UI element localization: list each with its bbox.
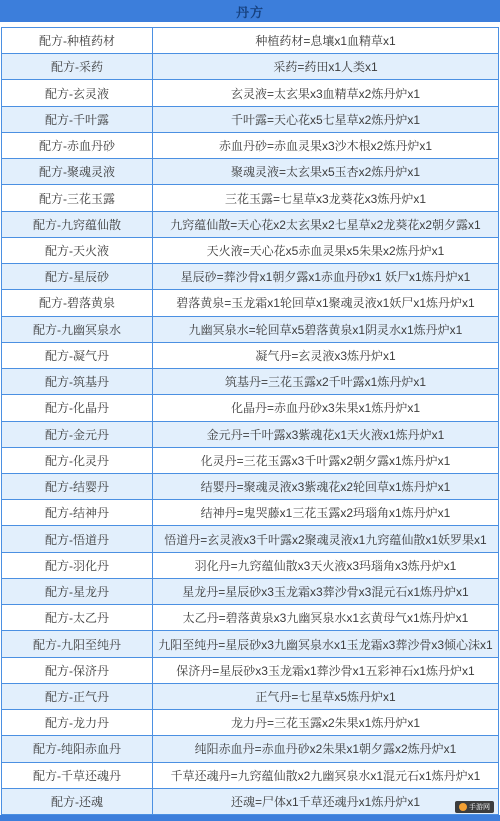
table-row: 配方-化灵丹化灵丹=三花玉露x3千叶露x2朝夕露x1炼丹炉x1: [2, 448, 498, 474]
table-row: 配方-结神丹结神丹=鬼哭藤x1三花玉露x2玛瑙角x1炼丹炉x1: [2, 500, 498, 526]
table-row: 配方-采药采药=药田x1人类x1: [2, 54, 498, 80]
recipe-name-cell: 配方-结婴丹: [2, 474, 153, 499]
recipe-name-cell: 配方-化灵丹: [2, 448, 153, 473]
formula-cell: 种植药材=息壤x1血精草x1: [153, 28, 498, 53]
table-row: 配方-碧落黄泉碧落黄泉=玉龙霜x1轮回草x1聚魂灵液x1妖尸x1炼丹炉x1: [2, 290, 498, 316]
formula-cell: 羽化丹=九窍蕴仙散x3天火液x3玛瑙角x3炼丹炉x1: [153, 553, 498, 578]
formula-cell: 采药=药田x1人类x1: [153, 54, 498, 79]
formula-cell: 纯阳赤血丹=赤血丹砂x2朱果x1朝夕露x2炼丹炉x1: [153, 736, 498, 761]
formula-cell: 三花玉露=七星草x3龙葵花x3炼丹炉x1: [153, 185, 498, 210]
recipe-name-cell: 配方-采药: [2, 54, 153, 79]
table-row: 配方-结婴丹结婴丹=聚魂灵液x3紫魂花x2轮回草x1炼丹炉x1: [2, 474, 498, 500]
formula-cell: 还魂=尸体x1千草还魂丹x1炼丹炉x1: [153, 789, 498, 814]
recipe-name-cell: 配方-赤血丹砂: [2, 133, 153, 158]
watermark-text: 手游网: [469, 804, 490, 811]
recipe-name-cell: 配方-九阳至纯丹: [2, 631, 153, 656]
table-row: 配方-天火液天火液=天心花x5赤血灵果x5朱果x2炼丹炉x1: [2, 238, 498, 264]
formula-cell: 筑基丹=三花玉露x2千叶露x1炼丹炉x1: [153, 369, 498, 394]
table-row: 配方-聚魂灵液聚魂灵液=太玄果x5玉杏x2炼丹炉x1: [2, 159, 498, 185]
formula-cell: 聚魂灵液=太玄果x5玉杏x2炼丹炉x1: [153, 159, 498, 184]
recipe-name-cell: 配方-星龙丹: [2, 579, 153, 604]
table-row: 配方-种植药材种植药材=息壤x1血精草x1: [2, 28, 498, 54]
recipe-name-cell: 配方-太乙丹: [2, 605, 153, 630]
table-row: 配方-化晶丹化晶丹=赤血丹砂x3朱果x1炼丹炉x1: [2, 395, 498, 421]
recipe-name-cell: 配方-天火液: [2, 238, 153, 263]
recipe-name-cell: 配方-千叶露: [2, 107, 153, 132]
recipe-name-cell: 配方-凝气丹: [2, 343, 153, 368]
watermark-logo-icon: [459, 803, 467, 811]
table-row: 配方-九幽冥泉水九幽冥泉水=轮回草x5碧落黄泉x1阴灵水x1炼丹炉x1: [2, 317, 498, 343]
table-row: 配方-龙力丹龙力丹=三花玉露x2朱果x1炼丹炉x1: [2, 710, 498, 736]
recipe-name-cell: 配方-碧落黄泉: [2, 290, 153, 315]
formula-cell: 正气丹=七星草x5炼丹炉x1: [153, 684, 498, 709]
formula-cell: 星龙丹=星辰砂x3玉龙霜x3葬沙骨x3混元石x1炼丹炉x1: [153, 579, 498, 604]
formula-cell: 九阳至纯丹=星辰砂x3九幽冥泉水x1玉龙霜x3葬沙骨x3倾心沫x1: [153, 631, 498, 656]
formula-cell: 碧落黄泉=玉龙霜x1轮回草x1聚魂灵液x1妖尸x1炼丹炉x1: [153, 290, 498, 315]
recipe-name-cell: 配方-龙力丹: [2, 710, 153, 735]
recipe-name-cell: 配方-种植药材: [2, 28, 153, 53]
formula-cell: 赤血丹砂=赤血灵果x3沙木根x2炼丹炉x1: [153, 133, 498, 158]
table-row: 配方-羽化丹羽化丹=九窍蕴仙散x3天火液x3玛瑙角x3炼丹炉x1: [2, 553, 498, 579]
recipe-name-cell: 配方-正气丹: [2, 684, 153, 709]
formula-cell: 金元丹=千叶露x3紫魂花x1天火液x1炼丹炉x1: [153, 422, 498, 447]
recipe-name-cell: 配方-聚魂灵液: [2, 159, 153, 184]
recipe-name-cell: 配方-羽化丹: [2, 553, 153, 578]
table-row: 配方-千草还魂丹千草还魂丹=九窍蕴仙散x2九幽冥泉水x1混元石x1炼丹炉x1: [2, 763, 498, 789]
formula-cell: 凝气丹=玄灵液x3炼丹炉x1: [153, 343, 498, 368]
formula-cell: 结婴丹=聚魂灵液x3紫魂花x2轮回草x1炼丹炉x1: [153, 474, 498, 499]
table-row: 配方-凝气丹凝气丹=玄灵液x3炼丹炉x1: [2, 343, 498, 369]
table-row: 配方-还魂还魂=尸体x1千草还魂丹x1炼丹炉x1: [2, 789, 498, 814]
table-row: 配方-千叶露千叶露=天心花x5七星草x2炼丹炉x1: [2, 107, 498, 133]
recipe-name-cell: 配方-九窍蕴仙散: [2, 212, 153, 237]
formula-cell: 玄灵液=太玄果x3血精草x2炼丹炉x1: [153, 80, 498, 105]
recipe-name-cell: 配方-星辰砂: [2, 264, 153, 289]
table-row: 配方-赤血丹砂赤血丹砂=赤血灵果x3沙木根x2炼丹炉x1: [2, 133, 498, 159]
recipe-name-cell: 配方-纯阳赤血丹: [2, 736, 153, 761]
formula-cell: 九窍蕴仙散=天心花x2太玄果x2七星草x2龙葵花x2朝夕露x1: [153, 212, 498, 237]
recipe-name-cell: 配方-还魂: [2, 789, 153, 814]
bottom-divider: [0, 815, 500, 821]
formula-cell: 九幽冥泉水=轮回草x5碧落黄泉x1阴灵水x1炼丹炉x1: [153, 317, 498, 342]
watermark-badge: 手游网: [455, 801, 494, 813]
table-row: 配方-九窍蕴仙散九窍蕴仙散=天心花x2太玄果x2七星草x2龙葵花x2朝夕露x1: [2, 212, 498, 238]
table-row: 配方-纯阳赤血丹纯阳赤血丹=赤血丹砂x2朱果x1朝夕露x2炼丹炉x1: [2, 736, 498, 762]
formula-cell: 天火液=天心花x5赤血灵果x5朱果x2炼丹炉x1: [153, 238, 498, 263]
table-row: 配方-星辰砂星辰砂=葬沙骨x1朝夕露x1赤血丹砂x1 妖尸x1炼丹炉x1: [2, 264, 498, 290]
table-row: 配方-太乙丹太乙丹=碧落黄泉x3九幽冥泉水x1玄黄母气x1炼丹炉x1: [2, 605, 498, 631]
table-row: 配方-玄灵液玄灵液=太玄果x3血精草x2炼丹炉x1: [2, 80, 498, 106]
table-row: 配方-九阳至纯丹九阳至纯丹=星辰砂x3九幽冥泉水x1玉龙霜x3葬沙骨x3倾心沫x…: [2, 631, 498, 657]
table-row: 配方-悟道丹悟道丹=玄灵液x3千叶露x2聚魂灵液x1九窍蕴仙散x1妖罗果x1: [2, 526, 498, 552]
recipe-table: 配方-种植药材种植药材=息壤x1血精草x1配方-采药采药=药田x1人类x1配方-…: [1, 27, 499, 815]
recipe-name-cell: 配方-结神丹: [2, 500, 153, 525]
recipe-name-cell: 配方-筑基丹: [2, 369, 153, 394]
formula-cell: 化晶丹=赤血丹砂x3朱果x1炼丹炉x1: [153, 395, 498, 420]
recipe-name-cell: 配方-九幽冥泉水: [2, 317, 153, 342]
formula-cell: 保济丹=星辰砂x3玉龙霜x1葬沙骨x1五彩神石x1炼丹炉x1: [153, 658, 498, 683]
table-row: 配方-筑基丹筑基丹=三花玉露x2千叶露x1炼丹炉x1: [2, 369, 498, 395]
page-title: 丹方: [236, 2, 264, 21]
table-row: 配方-正气丹正气丹=七星草x5炼丹炉x1: [2, 684, 498, 710]
formula-cell: 星辰砂=葬沙骨x1朝夕露x1赤血丹砂x1 妖尸x1炼丹炉x1: [153, 264, 498, 289]
table-row: 配方-金元丹金元丹=千叶露x3紫魂花x1天火液x1炼丹炉x1: [2, 422, 498, 448]
formula-cell: 太乙丹=碧落黄泉x3九幽冥泉水x1玄黄母气x1炼丹炉x1: [153, 605, 498, 630]
formula-cell: 悟道丹=玄灵液x3千叶露x2聚魂灵液x1九窍蕴仙散x1妖罗果x1: [153, 526, 498, 551]
formula-cell: 结神丹=鬼哭藤x1三花玉露x2玛瑙角x1炼丹炉x1: [153, 500, 498, 525]
table-header-bar: 丹方: [0, 0, 500, 22]
formula-cell: 龙力丹=三花玉露x2朱果x1炼丹炉x1: [153, 710, 498, 735]
recipe-name-cell: 配方-悟道丹: [2, 526, 153, 551]
recipe-name-cell: 配方-金元丹: [2, 422, 153, 447]
recipe-name-cell: 配方-千草还魂丹: [2, 763, 153, 788]
recipe-name-cell: 配方-化晶丹: [2, 395, 153, 420]
formula-cell: 千叶露=天心花x5七星草x2炼丹炉x1: [153, 107, 498, 132]
table-row: 配方-星龙丹星龙丹=星辰砂x3玉龙霜x3葬沙骨x3混元石x1炼丹炉x1: [2, 579, 498, 605]
table-row: 配方-三花玉露三花玉露=七星草x3龙葵花x3炼丹炉x1: [2, 185, 498, 211]
recipe-name-cell: 配方-保济丹: [2, 658, 153, 683]
formula-cell: 千草还魂丹=九窍蕴仙散x2九幽冥泉水x1混元石x1炼丹炉x1: [153, 763, 498, 788]
recipe-name-cell: 配方-三花玉露: [2, 185, 153, 210]
table-row: 配方-保济丹保济丹=星辰砂x3玉龙霜x1葬沙骨x1五彩神石x1炼丹炉x1: [2, 658, 498, 684]
recipe-name-cell: 配方-玄灵液: [2, 80, 153, 105]
formula-cell: 化灵丹=三花玉露x3千叶露x2朝夕露x1炼丹炉x1: [153, 448, 498, 473]
